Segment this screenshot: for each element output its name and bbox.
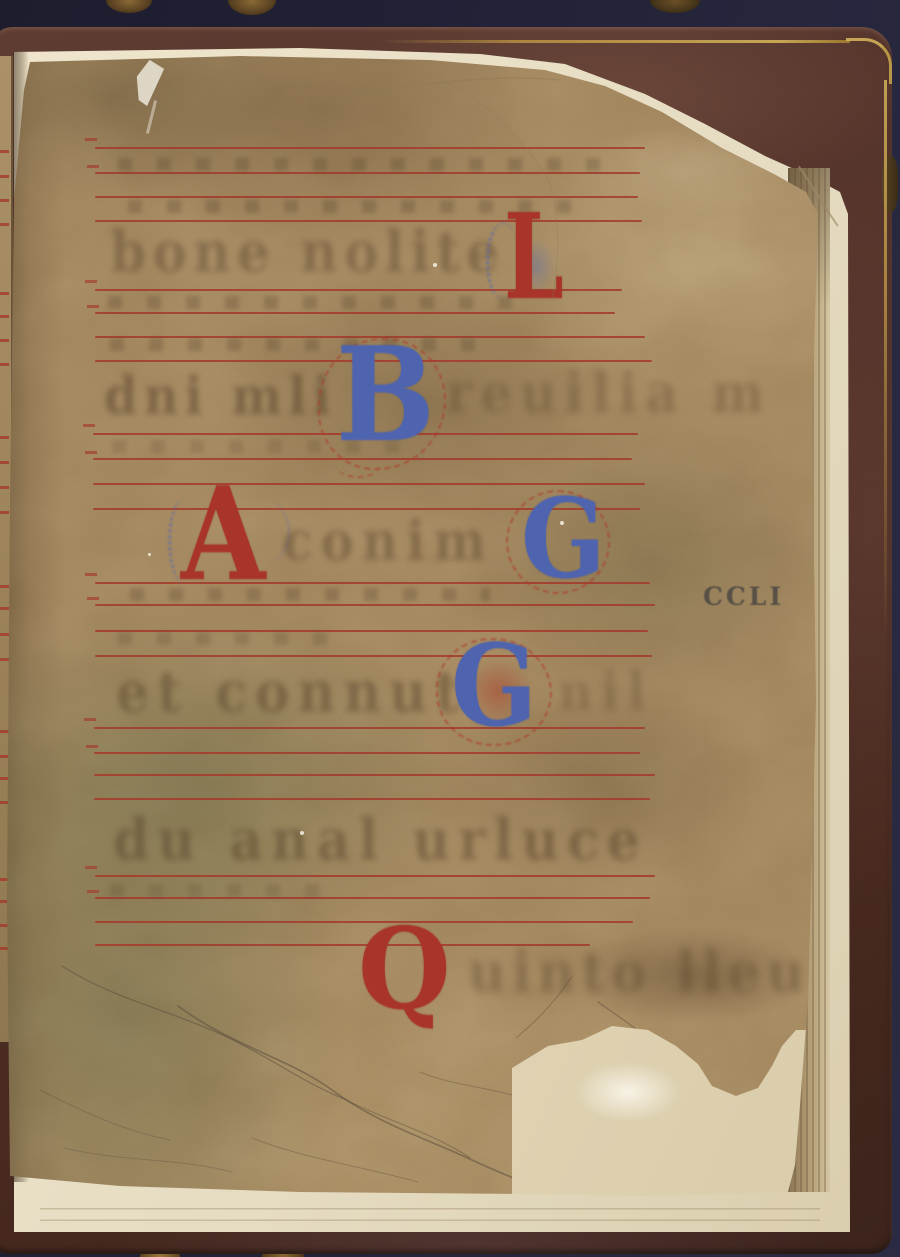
brass-fitting-icon	[650, 0, 700, 13]
staff-line-stub	[0, 633, 9, 636]
staff-line-stub	[0, 461, 9, 464]
gold-trim	[380, 40, 850, 43]
staff-line-stub	[0, 607, 9, 610]
staff-line-stub	[0, 223, 9, 226]
speck	[148, 553, 151, 556]
staff-line-stub	[0, 199, 9, 202]
staff-line-stub	[0, 339, 9, 342]
staff-line-stub	[0, 585, 9, 588]
staff-line-stub	[0, 363, 9, 366]
brass-fitting-icon	[106, 0, 152, 13]
staff-line-stub	[0, 658, 9, 661]
speck	[560, 521, 564, 525]
staff-line-stub	[0, 315, 9, 318]
staff-line-stub	[0, 755, 9, 758]
parchment-page: bone nolite dni mli reuilia m conim et c…	[0, 0, 900, 1257]
gold-trim	[884, 80, 887, 640]
staff-line-stub	[0, 175, 9, 178]
staff-line-stub	[0, 486, 9, 489]
brass-fitting-icon	[228, 0, 276, 15]
staff-line-stub	[0, 511, 9, 514]
staff-line-stub	[0, 777, 9, 780]
staff-line-stub	[0, 436, 9, 439]
crack-lines	[0, 0, 900, 1257]
staff-line-stub	[0, 150, 9, 153]
manuscript-photograph: bone nolite dni mli reuilia m conim et c…	[0, 0, 900, 1257]
leaf-edge-lines	[40, 1198, 820, 1228]
staff-line-stub	[0, 801, 9, 804]
staff-line-stub	[0, 730, 9, 733]
staff-line-stub	[0, 292, 9, 295]
speck	[433, 263, 437, 267]
speck	[300, 831, 304, 835]
